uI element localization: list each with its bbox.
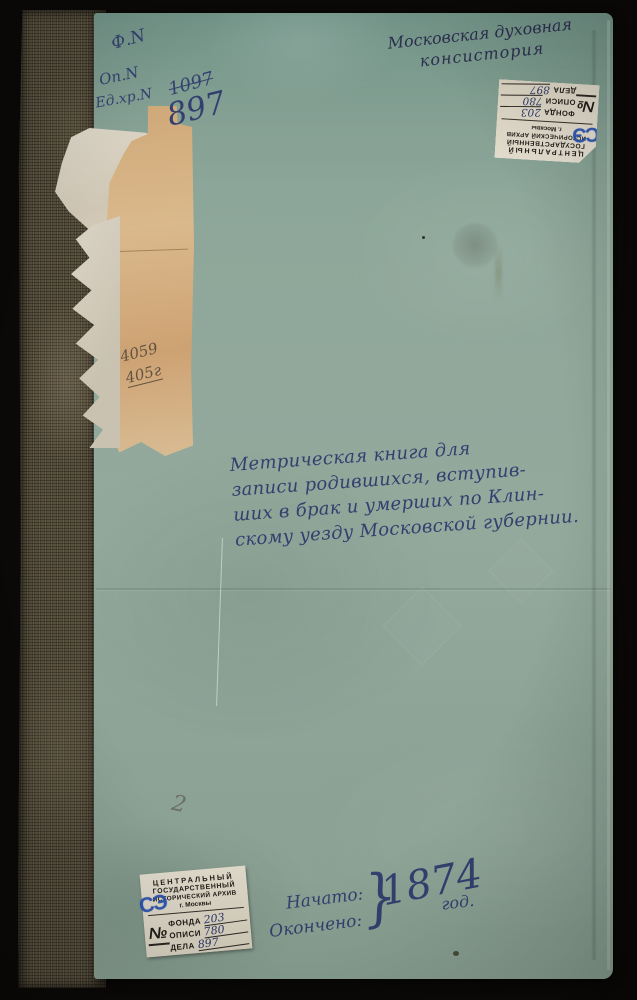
archive-label-rows: № ФОНДА 203 ОПИСИ 780 ДЕЛА 897 [146,910,249,955]
finished-label: Окончено: [268,911,363,942]
fond-label: Ф.N [109,26,147,54]
fond-number-inscription: Ф.N Оп.N Ед.хр.N 1097 897 [86,16,248,151]
started-label: Начато: [285,884,365,913]
archive-label-bottom: ЦЕНТРАЛЬНЫЙ ГОСУДАРСТВЕННЫЙ ИСТОРИЧЕСКИЙ… [140,866,253,958]
archive-label-top-flipped: ЦЕНТРАЛЬНЫЙ ГОСУДАРСТВЕННЫЙ ИСТОРИЧЕСКИЙ… [494,79,599,164]
number-sign: № [575,94,596,114]
number-sign: № [147,924,170,946]
cover-right-edge-highlight [607,20,610,970]
blue-stamp: СЭ [137,890,169,919]
opis-label: Оп.N [97,63,140,89]
book-cover-photo: 4059 405г 2 Ф.N Оп.N Ед.хр.N 1097 897 Мо… [0,0,637,1000]
ed-hr-label: Ед.хр.N [94,86,153,112]
tiny-dark-stain [422,236,425,239]
round-stain [452,222,498,268]
blue-stamp: СЭ [573,122,600,146]
streak-stain [495,243,502,301]
archive-label-rows: № ФОНДА 203 ОПИСИ 780 ДЕЛА 897 [500,82,597,122]
year-suffix: год. [440,891,475,914]
